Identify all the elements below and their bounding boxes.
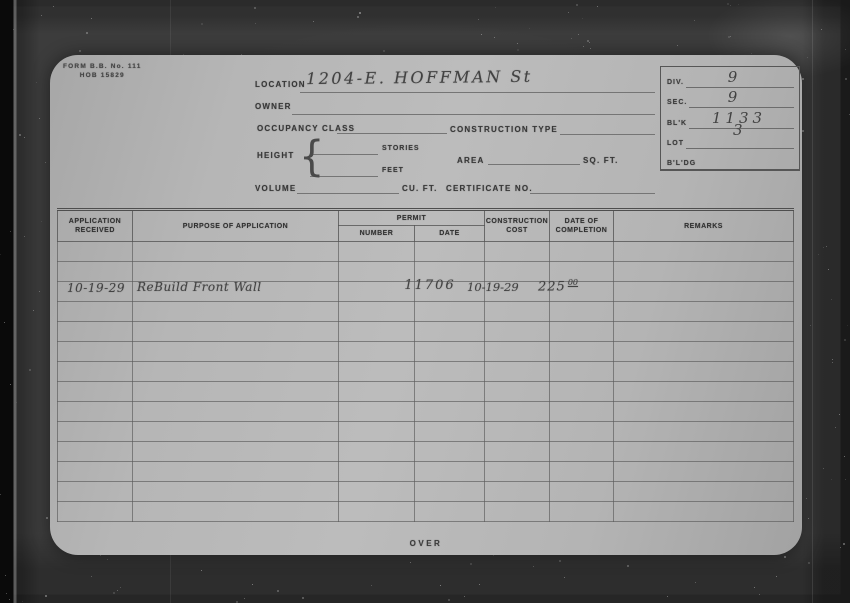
permit-index-card: FORM B.B. No. 111 HOB 15829 LOCATION OWN…	[50, 55, 802, 555]
table-cell	[614, 502, 794, 522]
table-cell	[550, 302, 614, 322]
parcel-row: SEC.9	[667, 88, 799, 108]
table-cell	[133, 242, 339, 262]
table-cell	[485, 342, 550, 362]
table-cell	[550, 422, 614, 442]
parcel-row-handwritten-value: 9	[728, 88, 739, 106]
table-cell	[133, 382, 339, 402]
table-cell	[614, 482, 794, 502]
table-row	[58, 342, 794, 362]
table-cell	[614, 342, 794, 362]
table-cell	[133, 302, 339, 322]
table-cell	[485, 482, 550, 502]
entry-application-received: 10-19-29	[59, 281, 133, 295]
table-cell	[339, 502, 415, 522]
table-cell	[485, 242, 550, 262]
table-cell	[614, 322, 794, 342]
table-cell	[550, 342, 614, 362]
table-cell	[415, 322, 485, 342]
volume-label: VOLUME	[255, 184, 296, 193]
table-cell	[339, 422, 415, 442]
table-cell	[614, 442, 794, 462]
table-cell	[58, 502, 133, 522]
table-cell	[614, 302, 794, 322]
table-cell	[550, 322, 614, 342]
table-cell	[550, 482, 614, 502]
parcel-row: B'L'DG	[667, 149, 799, 169]
table-cell	[550, 402, 614, 422]
parcel-row-handwritten-value: 3	[733, 121, 744, 139]
table-cell	[485, 322, 550, 342]
feet-label: FEET	[382, 167, 404, 174]
parcel-box: DIV.9SEC.9BL'K1133LOT3B'L'DG	[660, 66, 800, 171]
table-cell	[133, 502, 339, 522]
table-cell	[415, 482, 485, 502]
table-cell	[133, 322, 339, 342]
height-brace-glyph: {	[299, 136, 324, 178]
col-permit-date: DATE	[415, 226, 485, 242]
col-permit-number: NUMBER	[339, 226, 415, 242]
table-cell	[339, 322, 415, 342]
table-cell	[415, 302, 485, 322]
table-cell	[339, 402, 415, 422]
construction-type-field-line	[560, 134, 655, 135]
table-cell	[133, 462, 339, 482]
col-permit: PERMIT	[339, 210, 485, 226]
table-cell	[614, 262, 794, 282]
table-cell	[58, 402, 133, 422]
table-cell	[415, 402, 485, 422]
table-cell	[614, 382, 794, 402]
table-cell	[614, 362, 794, 382]
parcel-row-handwritten-value: 9	[728, 68, 739, 86]
table-cell	[485, 402, 550, 422]
table-cell	[339, 342, 415, 362]
table-cell	[58, 482, 133, 502]
table-cell	[58, 342, 133, 362]
table-cell	[614, 282, 794, 302]
parcel-row-label: DIV.	[667, 79, 684, 88]
microfilm-scan: { "card": { "form_no_line1": "FORM B.B. …	[0, 0, 850, 603]
col-remarks: REMARKS	[614, 210, 794, 242]
table-row	[58, 402, 794, 422]
form-number-line2: HOB 15829	[63, 71, 142, 80]
entry-construction-cost: 22500	[538, 278, 578, 294]
parcel-row-label: BL'K	[667, 120, 687, 129]
owner-label: OWNER	[255, 102, 292, 111]
table-cell	[415, 382, 485, 402]
table-row	[58, 422, 794, 442]
table-cell	[133, 362, 339, 382]
table-cell	[339, 442, 415, 462]
table-row	[58, 382, 794, 402]
table-cell	[58, 302, 133, 322]
table-cell	[485, 422, 550, 442]
table-cell	[614, 422, 794, 442]
table-row	[58, 502, 794, 522]
entry-permit-date: 10-19-29	[467, 280, 535, 294]
col-construction-cost: CONSTRUCTION COST	[485, 210, 550, 242]
height-label: HEIGHT	[257, 151, 294, 160]
table-cell	[550, 442, 614, 462]
table-cell	[415, 362, 485, 382]
cuft-label: CU. FT.	[402, 184, 438, 193]
location-handwritten-value: 1204-E. HOFFMAN St	[306, 67, 533, 88]
table-cell	[58, 462, 133, 482]
stories-label: STORIES	[382, 145, 420, 152]
table-cell	[485, 362, 550, 382]
table-cell	[133, 482, 339, 502]
entry-purpose: ReBuild Front Wall	[137, 280, 262, 294]
table-cell	[339, 302, 415, 322]
table-cell	[133, 402, 339, 422]
occupancy-class-label: OCCUPANCY CLASS	[257, 124, 355, 133]
parcel-row-label: SEC.	[667, 99, 687, 108]
form-number-line1: FORM B.B. No. 111	[63, 62, 142, 71]
table-cell	[550, 462, 614, 482]
table-cell	[133, 262, 339, 282]
table-cell	[58, 262, 133, 282]
table-cell	[58, 242, 133, 262]
volume-field-line	[297, 193, 399, 194]
parcel-row: LOT3	[667, 129, 799, 149]
table-row	[58, 482, 794, 502]
parcel-row-label: B'L'DG	[667, 160, 696, 169]
table-row	[58, 462, 794, 482]
table-cell	[614, 462, 794, 482]
parcel-row-label: LOT	[667, 140, 684, 149]
entry-cost-cents: 00	[568, 278, 578, 287]
table-cell	[485, 302, 550, 322]
col-purpose: PURPOSE OF APPLICATION	[133, 210, 339, 242]
table-cell	[614, 242, 794, 262]
table-cell	[614, 402, 794, 422]
table-cell	[415, 462, 485, 482]
table-cell	[415, 342, 485, 362]
table-cell	[415, 242, 485, 262]
entry-cost-dollars: 225	[538, 279, 566, 294]
table-row	[58, 362, 794, 382]
table-cell	[415, 422, 485, 442]
form-number: FORM B.B. No. 111 HOB 15829	[63, 62, 142, 80]
table-cell	[550, 362, 614, 382]
table-cell	[550, 242, 614, 262]
film-scratch	[812, 0, 813, 603]
table-row	[58, 322, 794, 342]
entry-permit-number: 11706	[395, 278, 465, 293]
certificate-field-line	[530, 193, 655, 194]
table-cell	[339, 382, 415, 402]
area-field-line	[488, 164, 580, 165]
area-label: AREA	[457, 156, 484, 165]
location-label: LOCATION	[255, 80, 306, 89]
table-cell	[550, 382, 614, 402]
table-cell	[58, 362, 133, 382]
table-header: APPLICATION RECEIVED PURPOSE OF APPLICAT…	[58, 210, 794, 242]
table-cell	[339, 242, 415, 262]
table-cell	[133, 442, 339, 462]
table-cell	[485, 462, 550, 482]
table-cell	[133, 422, 339, 442]
table-cell	[58, 442, 133, 462]
table-row	[58, 242, 794, 262]
table-row	[58, 442, 794, 462]
parcel-row: DIV.9	[667, 68, 799, 88]
table-cell	[415, 502, 485, 522]
table-cell	[339, 482, 415, 502]
location-field-line	[300, 92, 655, 93]
col-date-of-completion: DATE OF COMPLETION	[550, 210, 614, 242]
table-cell	[485, 442, 550, 462]
owner-field-line	[292, 114, 655, 115]
table-cell	[485, 382, 550, 402]
table-cell	[58, 422, 133, 442]
over-label: OVER	[50, 539, 802, 548]
table-cell	[133, 342, 339, 362]
occupancy-field-line	[337, 133, 447, 134]
table-cell	[58, 382, 133, 402]
certificate-no-label: CERTIFICATE NO.	[446, 184, 533, 193]
table-cell	[58, 322, 133, 342]
table-cell	[415, 442, 485, 462]
construction-type-label: CONSTRUCTION TYPE	[450, 125, 558, 134]
col-application-received: APPLICATION RECEIVED	[58, 210, 133, 242]
table-cell	[339, 362, 415, 382]
sqft-label: SQ. FT.	[583, 156, 619, 165]
permit-history-table: APPLICATION RECEIVED PURPOSE OF APPLICAT…	[57, 208, 794, 522]
table-row	[58, 302, 794, 322]
table-cell	[339, 462, 415, 482]
table-cell	[550, 502, 614, 522]
table-cell	[485, 502, 550, 522]
